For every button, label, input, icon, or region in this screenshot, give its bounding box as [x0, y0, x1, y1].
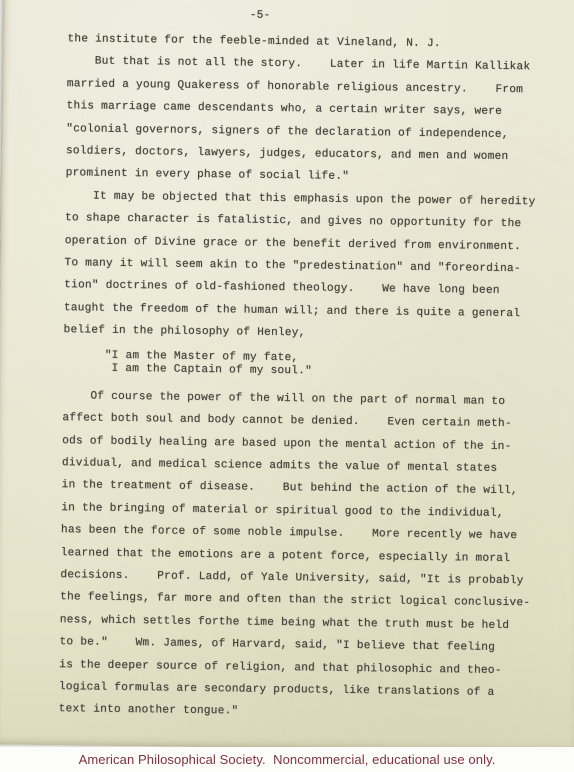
credit-bar: American Philosophical Society. Noncomme… [0, 747, 574, 772]
page-number: -5- [68, 5, 562, 27]
page-content: -5- the institute for the feeble-minded … [0, 0, 574, 728]
typewritten-text: the institute for the feeble-minded at V… [58, 28, 561, 727]
scanned-document: -5- the institute for the feeble-minded … [0, 0, 574, 772]
typewritten-page: -5- the institute for the feeble-minded … [0, 0, 574, 752]
credit-text: American Philosophical Society. Noncomme… [79, 752, 496, 767]
